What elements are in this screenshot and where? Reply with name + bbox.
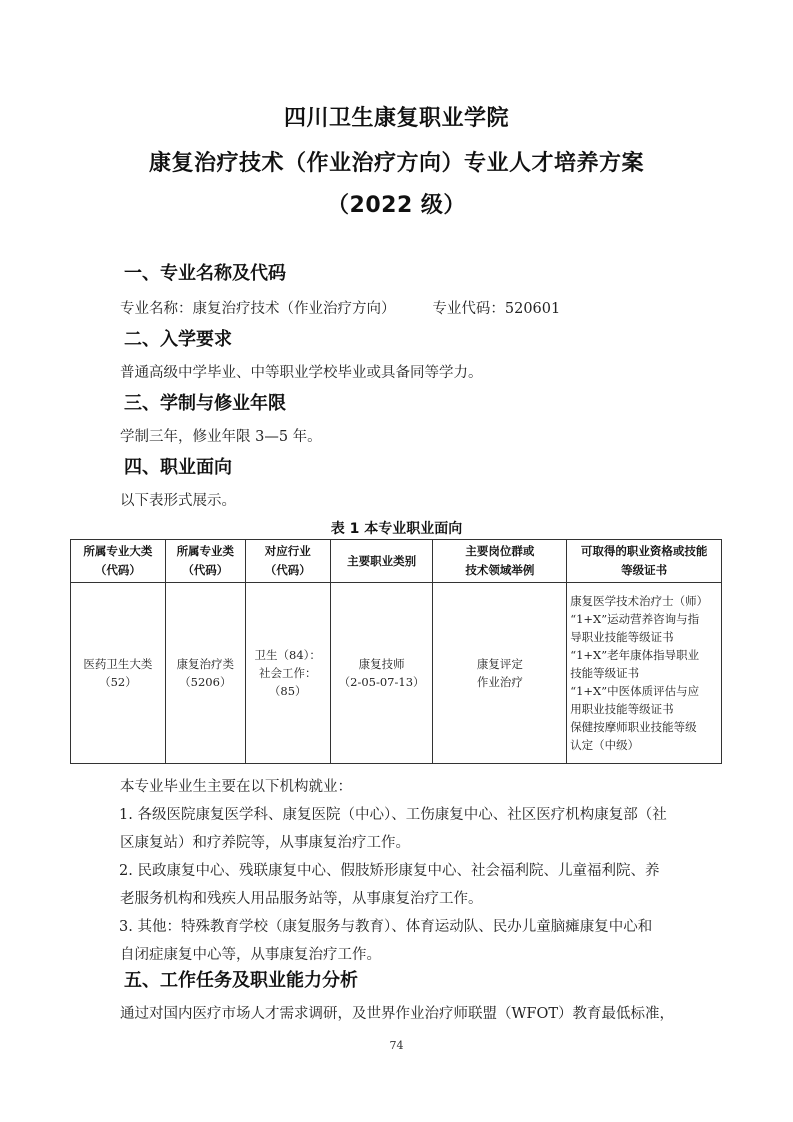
cell-major-class: 康复治疗类 （5206）	[165, 583, 245, 764]
cell-certificates: 康复医学技术治疗士（师） “1+X”运动营养咨询与指 导职业技能等级证书 “1+…	[567, 583, 722, 764]
employment-intro: 本专业毕业生主要在以下机构就业：	[120, 775, 352, 796]
table-intro-text: 以下表形式展示。	[120, 489, 236, 510]
employment-item-1-line-1: 1. 各级医院康复医学科、康复医院（中心）、工伤康复中心、社区医疗机构康复部（社	[119, 803, 667, 824]
cell-job-groups: 康复评定 作业治疗	[433, 583, 567, 764]
employment-item-1-line-2: 区康复站）和疗养院等，从事康复治疗工作。	[120, 831, 410, 852]
cell-occupation-type: 康复技师 （2-05-07-13）	[330, 583, 433, 764]
page-number: 74	[0, 1039, 793, 1052]
table-row: 医药卫生大类 （52） 康复治疗类 （5206） 卫生（84）： 社会工作： （…	[71, 583, 722, 764]
document-title-program: 康复治疗技术（作业治疗方向）专业人才培养方案	[0, 146, 793, 177]
employment-item-2-line-2: 老服务机构和残疾人用品服务站等，从事康复治疗工作。	[120, 887, 483, 908]
table-caption: 表 1 本专业职业面向	[0, 518, 793, 538]
table-header-row: 所属专业大类 （代码） 所属专业类 （代码） 对应行业 （代码） 主要职业类别 …	[71, 540, 722, 583]
header-major-class: 所属专业类 （代码）	[165, 540, 245, 583]
employment-item-2-line-1: 2. 民政康复中心、残联康复中心、假肢矫形康复中心、社会福利院、儿童福利院、养	[119, 859, 659, 880]
analysis-intro-text: 通过对国内医疗市场人才需求调研，及世界作业治疗师联盟（WFOT）教育最低标准，	[120, 1002, 674, 1023]
cell-major-category: 医药卫生大类 （52）	[71, 583, 166, 764]
section-heading-2: 二、入学要求	[124, 325, 232, 351]
section-heading-4: 四、职业面向	[124, 453, 232, 479]
header-occupation-type: 主要职业类别	[330, 540, 433, 583]
document-title-year: （2022 级）	[0, 188, 793, 219]
header-industry: 对应行业 （代码）	[245, 540, 330, 583]
cell-industry: 卫生（84）： 社会工作： （85）	[245, 583, 330, 764]
program-name-code: 专业名称：康复治疗技术（作业治疗方向） 专业代码：520601	[120, 297, 560, 318]
header-certificates: 可取得的职业资格或技能 等级证书	[567, 540, 722, 583]
employment-item-3-line-1: 3. 其他：特殊教育学校（康复服务与教育）、体育运动队、民办儿童脑瘫康复中心和	[119, 915, 652, 936]
duration-text: 学制三年，修业年限 3—5 年。	[120, 425, 322, 446]
employment-item-3-line-2: 自闭症康复中心等，从事康复治疗工作。	[120, 943, 381, 964]
admission-requirement: 普通高级中学毕业、中等职业学校毕业或具备同等学力。	[120, 361, 483, 382]
document-title-institution: 四川卫生康复职业学院	[0, 101, 793, 132]
section-heading-3: 三、学制与修业年限	[124, 389, 286, 415]
section-heading-1: 一、专业名称及代码	[124, 259, 286, 285]
header-major-category: 所属专业大类 （代码）	[71, 540, 166, 583]
section-heading-5: 五、工作任务及职业能力分析	[124, 966, 358, 992]
header-job-groups: 主要岗位群或 技术领域举例	[433, 540, 567, 583]
occupation-table: 所属专业大类 （代码） 所属专业类 （代码） 对应行业 （代码） 主要职业类别 …	[70, 539, 722, 764]
